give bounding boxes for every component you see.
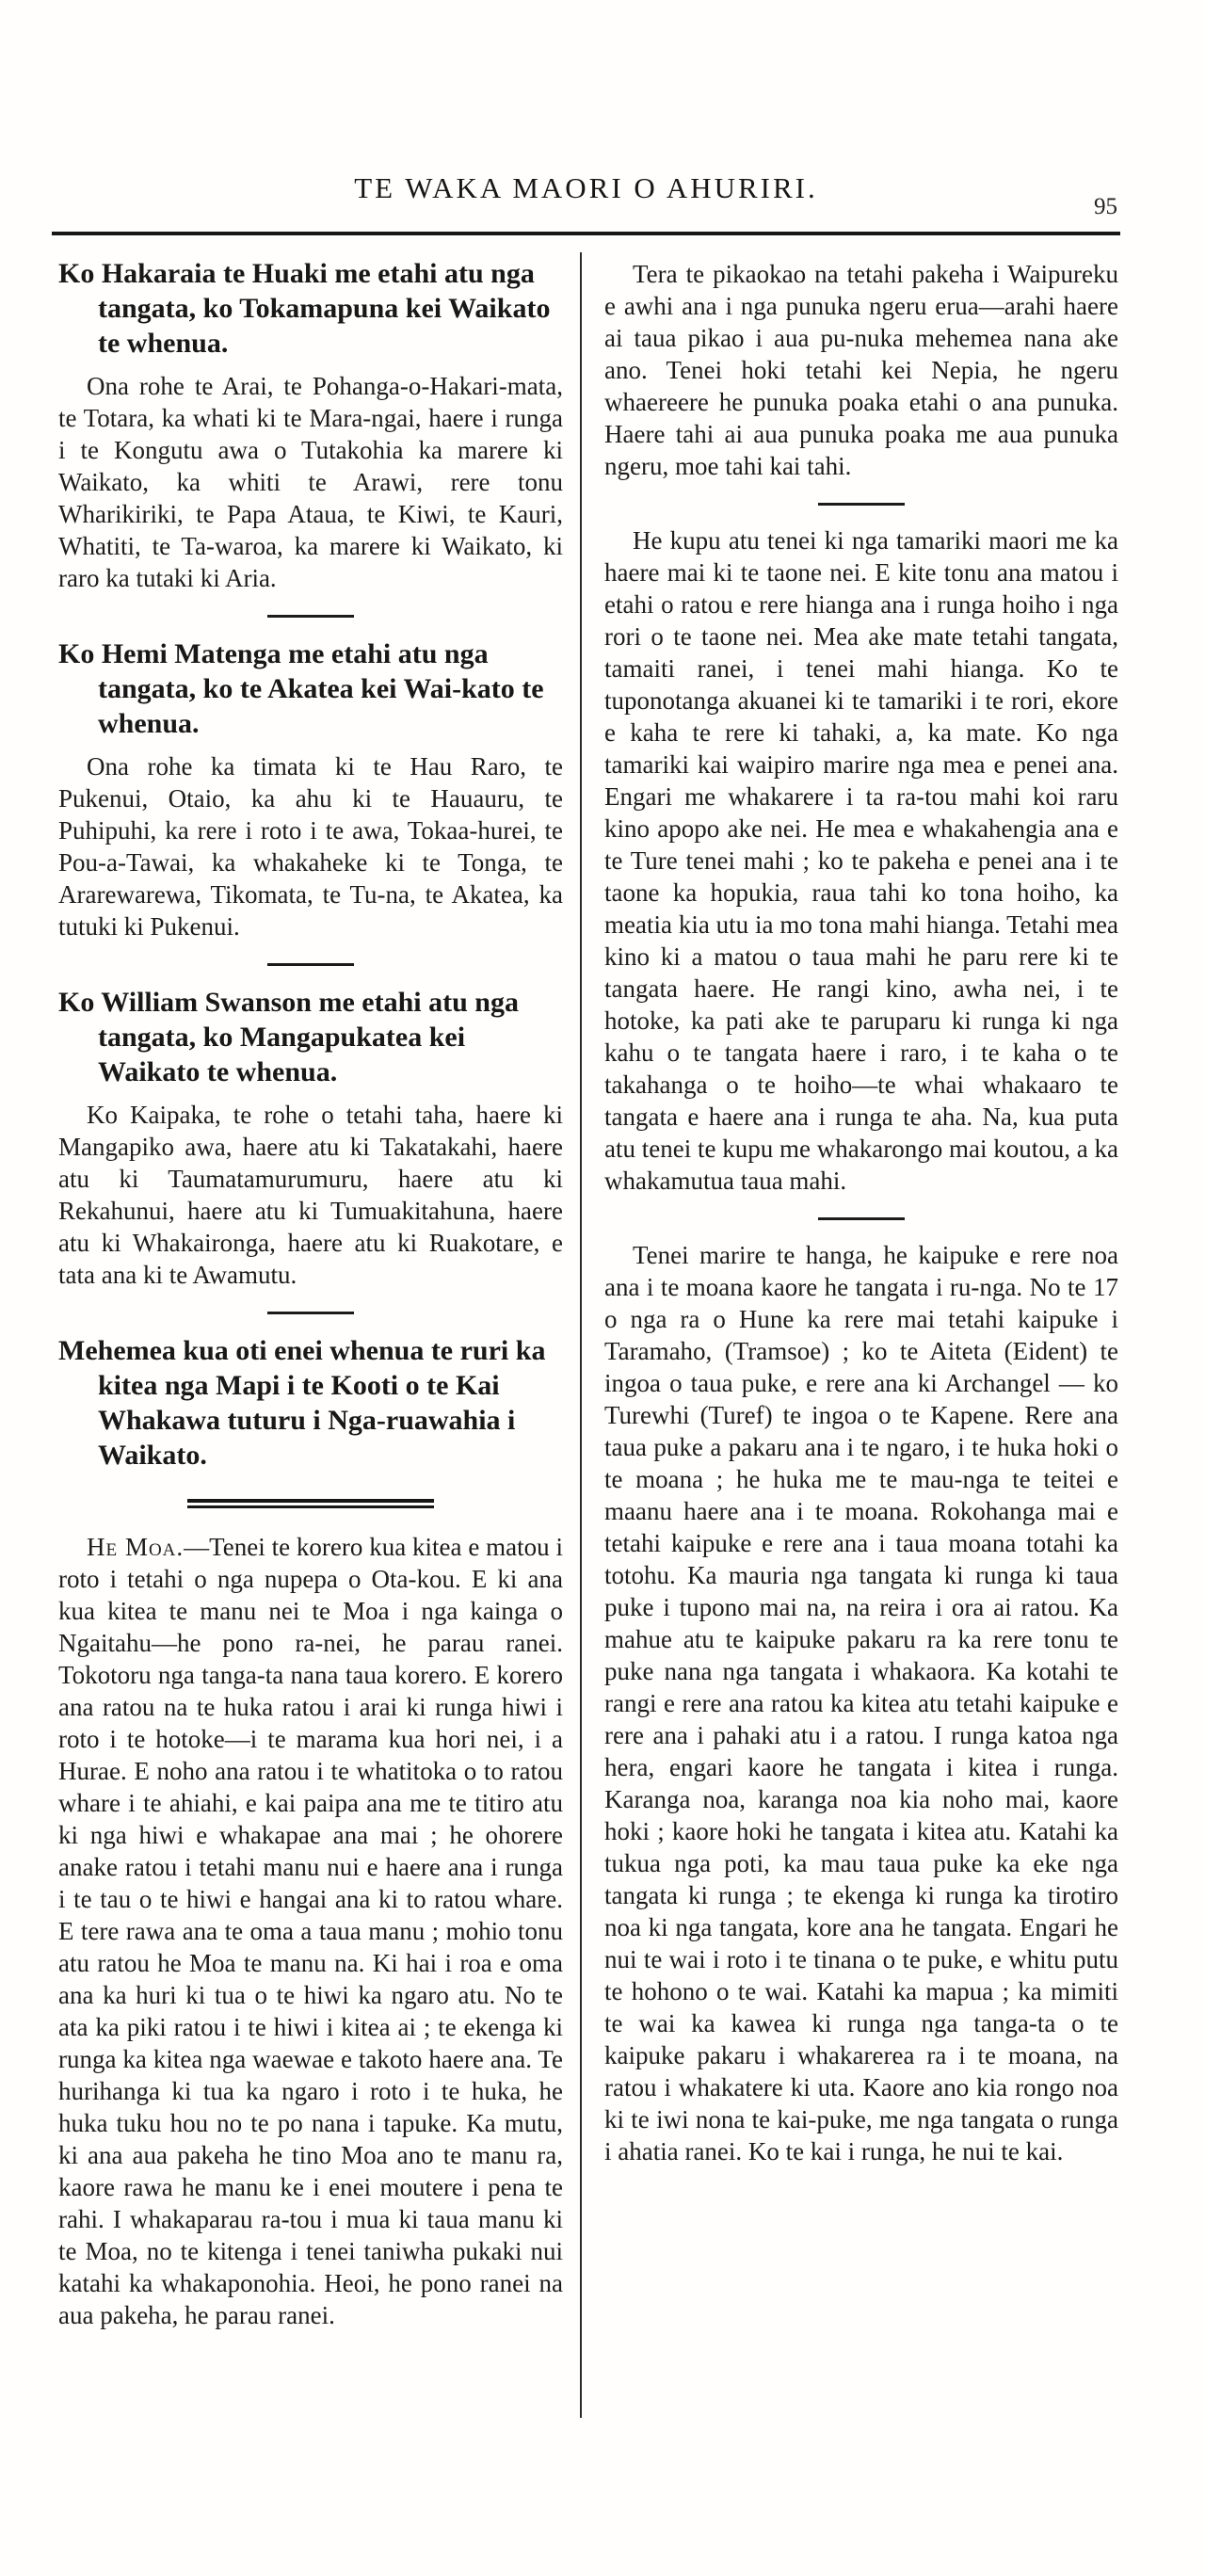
- section-divider-rule: [267, 1312, 354, 1314]
- news-item-2: He kupu atu tenei ki nga tamariki maori …: [604, 524, 1118, 1197]
- section-divider-rule: [267, 615, 354, 618]
- article-1-body: Ona rohe te Arai, te Pohanga-o-Hakari-ma…: [58, 370, 563, 594]
- double-section-rule: [187, 1499, 434, 1508]
- section-divider-rule: [818, 1217, 905, 1220]
- right-column: Tera te pikaokao na tetahi pakeha i Waip…: [604, 252, 1118, 2167]
- moa-article-text: —Tenei te korero kua kitea e matou i rot…: [58, 1533, 563, 2329]
- masthead-rule: [52, 232, 1120, 235]
- column-divider-rule: [580, 252, 582, 2418]
- section-divider-rule: [267, 963, 354, 966]
- news-item-1: Tera te pikaokao na tetahi pakeha i Waip…: [604, 258, 1118, 482]
- page-columns: Ko Hakaraia te Huaki me etahi atu nga ta…: [58, 252, 1118, 2418]
- page-number: 95: [1094, 194, 1117, 220]
- news-item-3: Tenei marire te hanga, he kaipuke e rere…: [604, 1239, 1118, 2167]
- newspaper-page: TE WAKA MAORI O AHURIRI. 95 Ko Hakaraia …: [0, 0, 1205, 2576]
- article-1-heading: Ko Hakaraia te Huaki me etahi atu nga ta…: [58, 256, 563, 361]
- article-2-heading: Ko Hemi Matenga me etahi atu nga tangata…: [58, 636, 563, 741]
- left-column: Ko Hakaraia te Huaki me etahi atu nga ta…: [58, 252, 563, 2331]
- masthead-title: TE WAKA MAORI O AHURIRI.: [52, 171, 1120, 205]
- survey-notice-heading: Mehemea kua oti enei whenua te ruri ka k…: [58, 1333, 563, 1473]
- article-3-body: Ko Kaipaka, te rohe o tetahi taha, haere…: [58, 1099, 563, 1291]
- article-2-body: Ona rohe ka timata ki te Hau Raro, te Pu…: [58, 750, 563, 942]
- section-divider-rule: [818, 503, 905, 506]
- moa-article-body: He Moa.—Tenei te korero kua kitea e mato…: [58, 1531, 563, 2331]
- moa-article-lead: He Moa.: [87, 1533, 184, 1561]
- article-3-heading: Ko William Swanson me etahi atu nga tang…: [58, 985, 563, 1089]
